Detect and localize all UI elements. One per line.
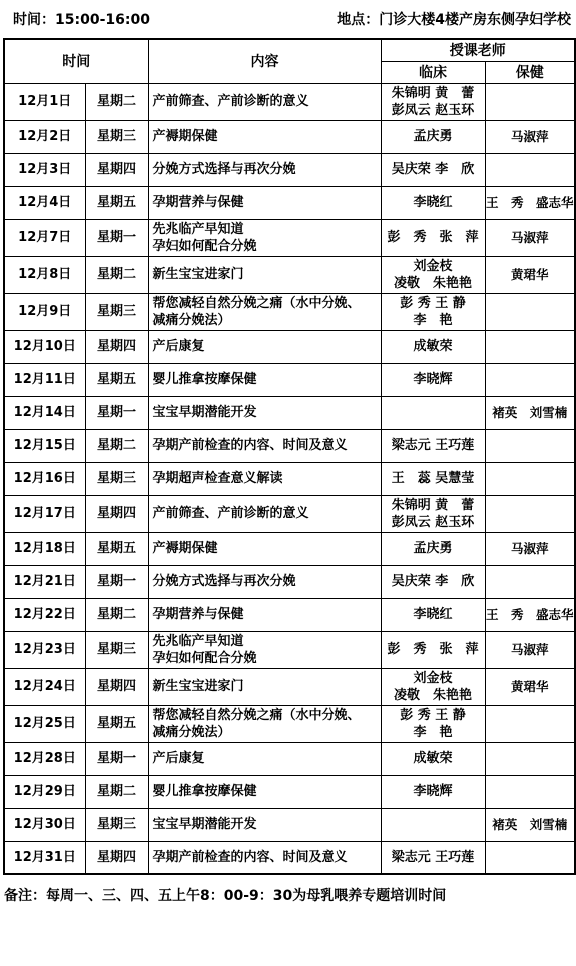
weekday-cell: 星期一: [85, 396, 148, 429]
clinical-teacher-cell: 王 蕊 吴慧莹: [381, 462, 485, 495]
health-teacher-cell: 褚英 刘雪楠: [485, 396, 575, 429]
date-cell: 12月14日: [4, 396, 85, 429]
clinical-teacher-cell: 成敏荣: [381, 330, 485, 363]
table-row: 12月8日 星期二 新生宝宝进家门 刘金枝 凌敬 朱艳艳 黄珺华: [4, 256, 575, 293]
table-header: 时间 内容 授课老师 临床 保健: [4, 39, 575, 83]
schedule-page: 时间：15:00-16:00 地点：门诊大楼4楼产房东侧孕妇学校 时间 内容 授…: [0, 0, 576, 966]
health-teacher-cell: 马淑萍: [485, 120, 575, 153]
date-cell: 12月15日: [4, 429, 85, 462]
weekday-cell: 星期三: [85, 462, 148, 495]
clinical-teacher-cell: 刘金枝 凌敬 朱艳艳: [381, 256, 485, 293]
content-cell: 新生宝宝进家门: [148, 256, 381, 293]
health-teacher-cell: 褚英 刘雪楠: [485, 808, 575, 841]
clinical-teacher-cell: 成敏荣: [381, 742, 485, 775]
weekday-cell: 星期一: [85, 565, 148, 598]
table-row: 12月29日 星期二 婴儿推拿按摩保健 李晓辉: [4, 775, 575, 808]
date-cell: 12月28日: [4, 742, 85, 775]
clinical-teacher-cell: 吴庆荣 李 欣: [381, 565, 485, 598]
table-row: 12月11日 星期五 婴儿推拿按摩保健 李晓辉: [4, 363, 575, 396]
health-teacher-cell: [485, 293, 575, 330]
health-teacher-cell: 马淑萍: [485, 532, 575, 565]
weekday-cell: 星期一: [85, 742, 148, 775]
content-cell: 产后康复: [148, 330, 381, 363]
clinical-teacher-cell: 彭 秀 王 静 李 艳: [381, 293, 485, 330]
footnote: 备注：每周一、三、四、五上午8：00-9：30为母乳喂养专题培训时间: [0, 875, 576, 905]
clinical-teacher-cell: 孟庆勇: [381, 120, 485, 153]
weekday-cell: 星期五: [85, 532, 148, 565]
clinical-teacher-cell: 刘金枝 凌敬 朱艳艳: [381, 668, 485, 705]
weekday-cell: 星期二: [85, 83, 148, 120]
date-cell: 12月17日: [4, 495, 85, 532]
content-cell: 先兆临产早知道 孕妇如何配合分娩: [148, 631, 381, 668]
content-cell: 先兆临产早知道 孕妇如何配合分娩: [148, 219, 381, 256]
clinical-teacher-cell: 梁志元 王巧莲: [381, 841, 485, 874]
clinical-teacher-cell: 梁志元 王巧莲: [381, 429, 485, 462]
weekday-cell: 星期二: [85, 256, 148, 293]
date-cell: 12月22日: [4, 598, 85, 631]
table-row: 12月18日 星期五 产褥期保健 孟庆勇 马淑萍: [4, 532, 575, 565]
weekday-cell: 星期三: [85, 808, 148, 841]
weekday-cell: 星期四: [85, 668, 148, 705]
health-teacher-cell: [485, 841, 575, 874]
health-teacher-cell: [485, 495, 575, 532]
health-teacher-cell: [485, 429, 575, 462]
table-row: 12月21日 星期一 分娩方式选择与再次分娩 吴庆荣 李 欣: [4, 565, 575, 598]
health-teacher-cell: [485, 742, 575, 775]
content-cell: 产前筛查、产前诊断的意义: [148, 83, 381, 120]
clinical-teacher-cell: 朱锦明 黄 蕾 彭凤云 赵玉环: [381, 83, 485, 120]
weekday-cell: 星期四: [85, 495, 148, 532]
date-cell: 12月18日: [4, 532, 85, 565]
table-row: 12月31日 星期四 孕期产前检查的内容、时间及意义 梁志元 王巧莲: [4, 841, 575, 874]
weekday-cell: 星期二: [85, 598, 148, 631]
content-cell: 分娩方式选择与再次分娩: [148, 153, 381, 186]
table-row: 12月3日 星期四 分娩方式选择与再次分娩 吴庆荣 李 欣: [4, 153, 575, 186]
clinical-teacher-cell: 彭 秀 张 萍: [381, 219, 485, 256]
weekday-cell: 星期三: [85, 120, 148, 153]
weekday-cell: 星期一: [85, 219, 148, 256]
date-cell: 12月23日: [4, 631, 85, 668]
table-row: 12月1日 星期二 产前筛查、产前诊断的意义 朱锦明 黄 蕾 彭凤云 赵玉环: [4, 83, 575, 120]
content-cell: 孕期超声检查意义解读: [148, 462, 381, 495]
weekday-cell: 星期四: [85, 330, 148, 363]
table-row: 12月23日 星期三 先兆临产早知道 孕妇如何配合分娩 彭 秀 张 萍 马淑萍: [4, 631, 575, 668]
content-cell: 孕期产前检查的内容、时间及意义: [148, 841, 381, 874]
clinical-teacher-cell: 彭 秀 张 萍: [381, 631, 485, 668]
table-row: 12月7日 星期一 先兆临产早知道 孕妇如何配合分娩 彭 秀 张 萍 马淑萍: [4, 219, 575, 256]
health-teacher-cell: 王 秀 盛志华: [485, 598, 575, 631]
table-row: 12月10日 星期四 产后康复 成敏荣: [4, 330, 575, 363]
session-time-label: 时间：15:00-16:00: [13, 9, 150, 29]
content-cell: 产后康复: [148, 742, 381, 775]
health-teacher-cell: [485, 330, 575, 363]
date-cell: 12月10日: [4, 330, 85, 363]
weekday-cell: 星期四: [85, 153, 148, 186]
content-cell: 产前筛查、产前诊断的意义: [148, 495, 381, 532]
table-row: 12月24日 星期四 新生宝宝进家门 刘金枝 凌敬 朱艳艳 黄珺华: [4, 668, 575, 705]
health-teacher-cell: [485, 363, 575, 396]
weekday-cell: 星期三: [85, 293, 148, 330]
date-cell: 12月2日: [4, 120, 85, 153]
content-cell: 婴儿推拿按摩保健: [148, 363, 381, 396]
table-row: 12月22日 星期二 孕期营养与保健 李晓红 王 秀 盛志华: [4, 598, 575, 631]
weekday-cell: 星期五: [85, 705, 148, 742]
date-cell: 12月25日: [4, 705, 85, 742]
date-cell: 12月21日: [4, 565, 85, 598]
date-cell: 12月9日: [4, 293, 85, 330]
weekday-cell: 星期五: [85, 186, 148, 219]
column-header-time: 时间: [4, 39, 148, 83]
table-row: 12月9日 星期三 帮您减轻自然分娩之痛（水中分娩、 减痛分娩法） 彭 秀 王 …: [4, 293, 575, 330]
date-cell: 12月31日: [4, 841, 85, 874]
clinical-teacher-cell: 李晓红: [381, 186, 485, 219]
table-row: 12月4日 星期五 孕期营养与保健 李晓红 王 秀 盛志华: [4, 186, 575, 219]
date-cell: 12月11日: [4, 363, 85, 396]
health-teacher-cell: [485, 705, 575, 742]
table-row: 12月25日 星期五 帮您减轻自然分娩之痛（水中分娩、 减痛分娩法） 彭 秀 王…: [4, 705, 575, 742]
content-cell: 宝宝早期潜能开发: [148, 396, 381, 429]
location-label: 地点：门诊大楼4楼产房东侧孕妇学校: [337, 9, 571, 29]
clinical-teacher-cell: 李晓辉: [381, 363, 485, 396]
content-cell: 帮您减轻自然分娩之痛（水中分娩、 减痛分娩法）: [148, 293, 381, 330]
content-cell: 分娩方式选择与再次分娩: [148, 565, 381, 598]
health-teacher-cell: 黄珺华: [485, 256, 575, 293]
date-cell: 12月3日: [4, 153, 85, 186]
table-row: 12月28日 星期一 产后康复 成敏荣: [4, 742, 575, 775]
clinical-teacher-cell: 朱锦明 黄 蕾 彭凤云 赵玉环: [381, 495, 485, 532]
content-cell: 孕期营养与保健: [148, 598, 381, 631]
column-header-health: 保健: [485, 61, 575, 83]
weekday-cell: 星期四: [85, 841, 148, 874]
content-cell: 孕期营养与保健: [148, 186, 381, 219]
date-cell: 12月29日: [4, 775, 85, 808]
page-header: 时间：15:00-16:00 地点：门诊大楼4楼产房东侧孕妇学校: [0, 7, 576, 38]
health-teacher-cell: 王 秀 盛志华: [485, 186, 575, 219]
weekday-cell: 星期二: [85, 775, 148, 808]
content-cell: 宝宝早期潜能开发: [148, 808, 381, 841]
date-cell: 12月4日: [4, 186, 85, 219]
health-teacher-cell: 马淑萍: [485, 631, 575, 668]
column-header-content: 内容: [148, 39, 381, 83]
table-row: 12月15日 星期二 孕期产前检查的内容、时间及意义 梁志元 王巧莲: [4, 429, 575, 462]
table-row: 12月30日 星期三 宝宝早期潜能开发 褚英 刘雪楠: [4, 808, 575, 841]
table-body: 12月1日 星期二 产前筛查、产前诊断的意义 朱锦明 黄 蕾 彭凤云 赵玉环 1…: [4, 83, 575, 874]
clinical-teacher-cell: [381, 396, 485, 429]
health-teacher-cell: [485, 462, 575, 495]
date-cell: 12月1日: [4, 83, 85, 120]
clinical-teacher-cell: 彭 秀 王 静 李 艳: [381, 705, 485, 742]
date-cell: 12月8日: [4, 256, 85, 293]
content-cell: 产褥期保健: [148, 532, 381, 565]
date-cell: 12月24日: [4, 668, 85, 705]
health-teacher-cell: 马淑萍: [485, 219, 575, 256]
weekday-cell: 星期二: [85, 429, 148, 462]
health-teacher-cell: [485, 565, 575, 598]
table-row: 12月16日 星期三 孕期超声检查意义解读 王 蕊 吴慧莹: [4, 462, 575, 495]
content-cell: 孕期产前检查的内容、时间及意义: [148, 429, 381, 462]
weekday-cell: 星期五: [85, 363, 148, 396]
clinical-teacher-cell: 李晓红: [381, 598, 485, 631]
date-cell: 12月16日: [4, 462, 85, 495]
health-teacher-cell: [485, 83, 575, 120]
schedule-table: 时间 内容 授课老师 临床 保健 12月1日 星期二 产前筛查、产前诊断的意义 …: [3, 38, 576, 875]
date-cell: 12月30日: [4, 808, 85, 841]
clinical-teacher-cell: [381, 808, 485, 841]
table-row: 12月17日 星期四 产前筛查、产前诊断的意义 朱锦明 黄 蕾 彭凤云 赵玉环: [4, 495, 575, 532]
health-teacher-cell: 黄珺华: [485, 668, 575, 705]
date-cell: 12月7日: [4, 219, 85, 256]
health-teacher-cell: [485, 153, 575, 186]
table-row: 12月2日 星期三 产褥期保健 孟庆勇 马淑萍: [4, 120, 575, 153]
column-header-clinical: 临床: [381, 61, 485, 83]
content-cell: 产褥期保健: [148, 120, 381, 153]
weekday-cell: 星期三: [85, 631, 148, 668]
column-header-teachers: 授课老师: [381, 39, 575, 61]
table-row: 12月14日 星期一 宝宝早期潜能开发 褚英 刘雪楠: [4, 396, 575, 429]
clinical-teacher-cell: 孟庆勇: [381, 532, 485, 565]
content-cell: 新生宝宝进家门: [148, 668, 381, 705]
content-cell: 帮您减轻自然分娩之痛（水中分娩、 减痛分娩法）: [148, 705, 381, 742]
health-teacher-cell: [485, 775, 575, 808]
content-cell: 婴儿推拿按摩保健: [148, 775, 381, 808]
clinical-teacher-cell: 吴庆荣 李 欣: [381, 153, 485, 186]
clinical-teacher-cell: 李晓辉: [381, 775, 485, 808]
